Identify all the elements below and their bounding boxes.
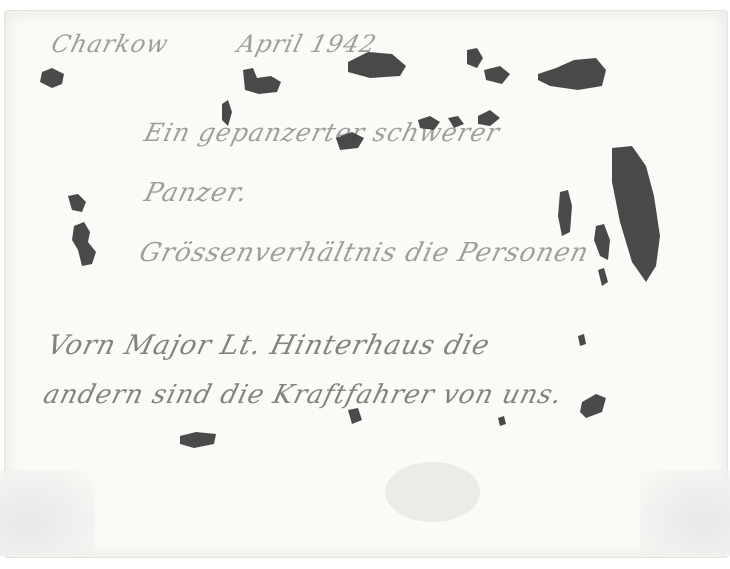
handwriting-place: Charkow (49, 30, 172, 58)
photo-back-card (4, 10, 728, 558)
handwriting-line-5: andern sind die Kraftfahrer von uns. (40, 380, 565, 410)
handwriting-line-3: Grössenverhältnis die Personen (136, 238, 592, 268)
worn-corner-left (0, 470, 95, 556)
handwriting-date: April 1942 (235, 30, 380, 58)
water-stain (385, 462, 480, 522)
handwriting-line-2: Panzer. (141, 178, 251, 208)
handwriting-line-1: Ein gepanzerter schwerer (141, 118, 503, 147)
handwriting-line-4: Vorn Major Lt. Hinterhaus die (44, 330, 493, 361)
worn-corner-right (640, 470, 730, 556)
